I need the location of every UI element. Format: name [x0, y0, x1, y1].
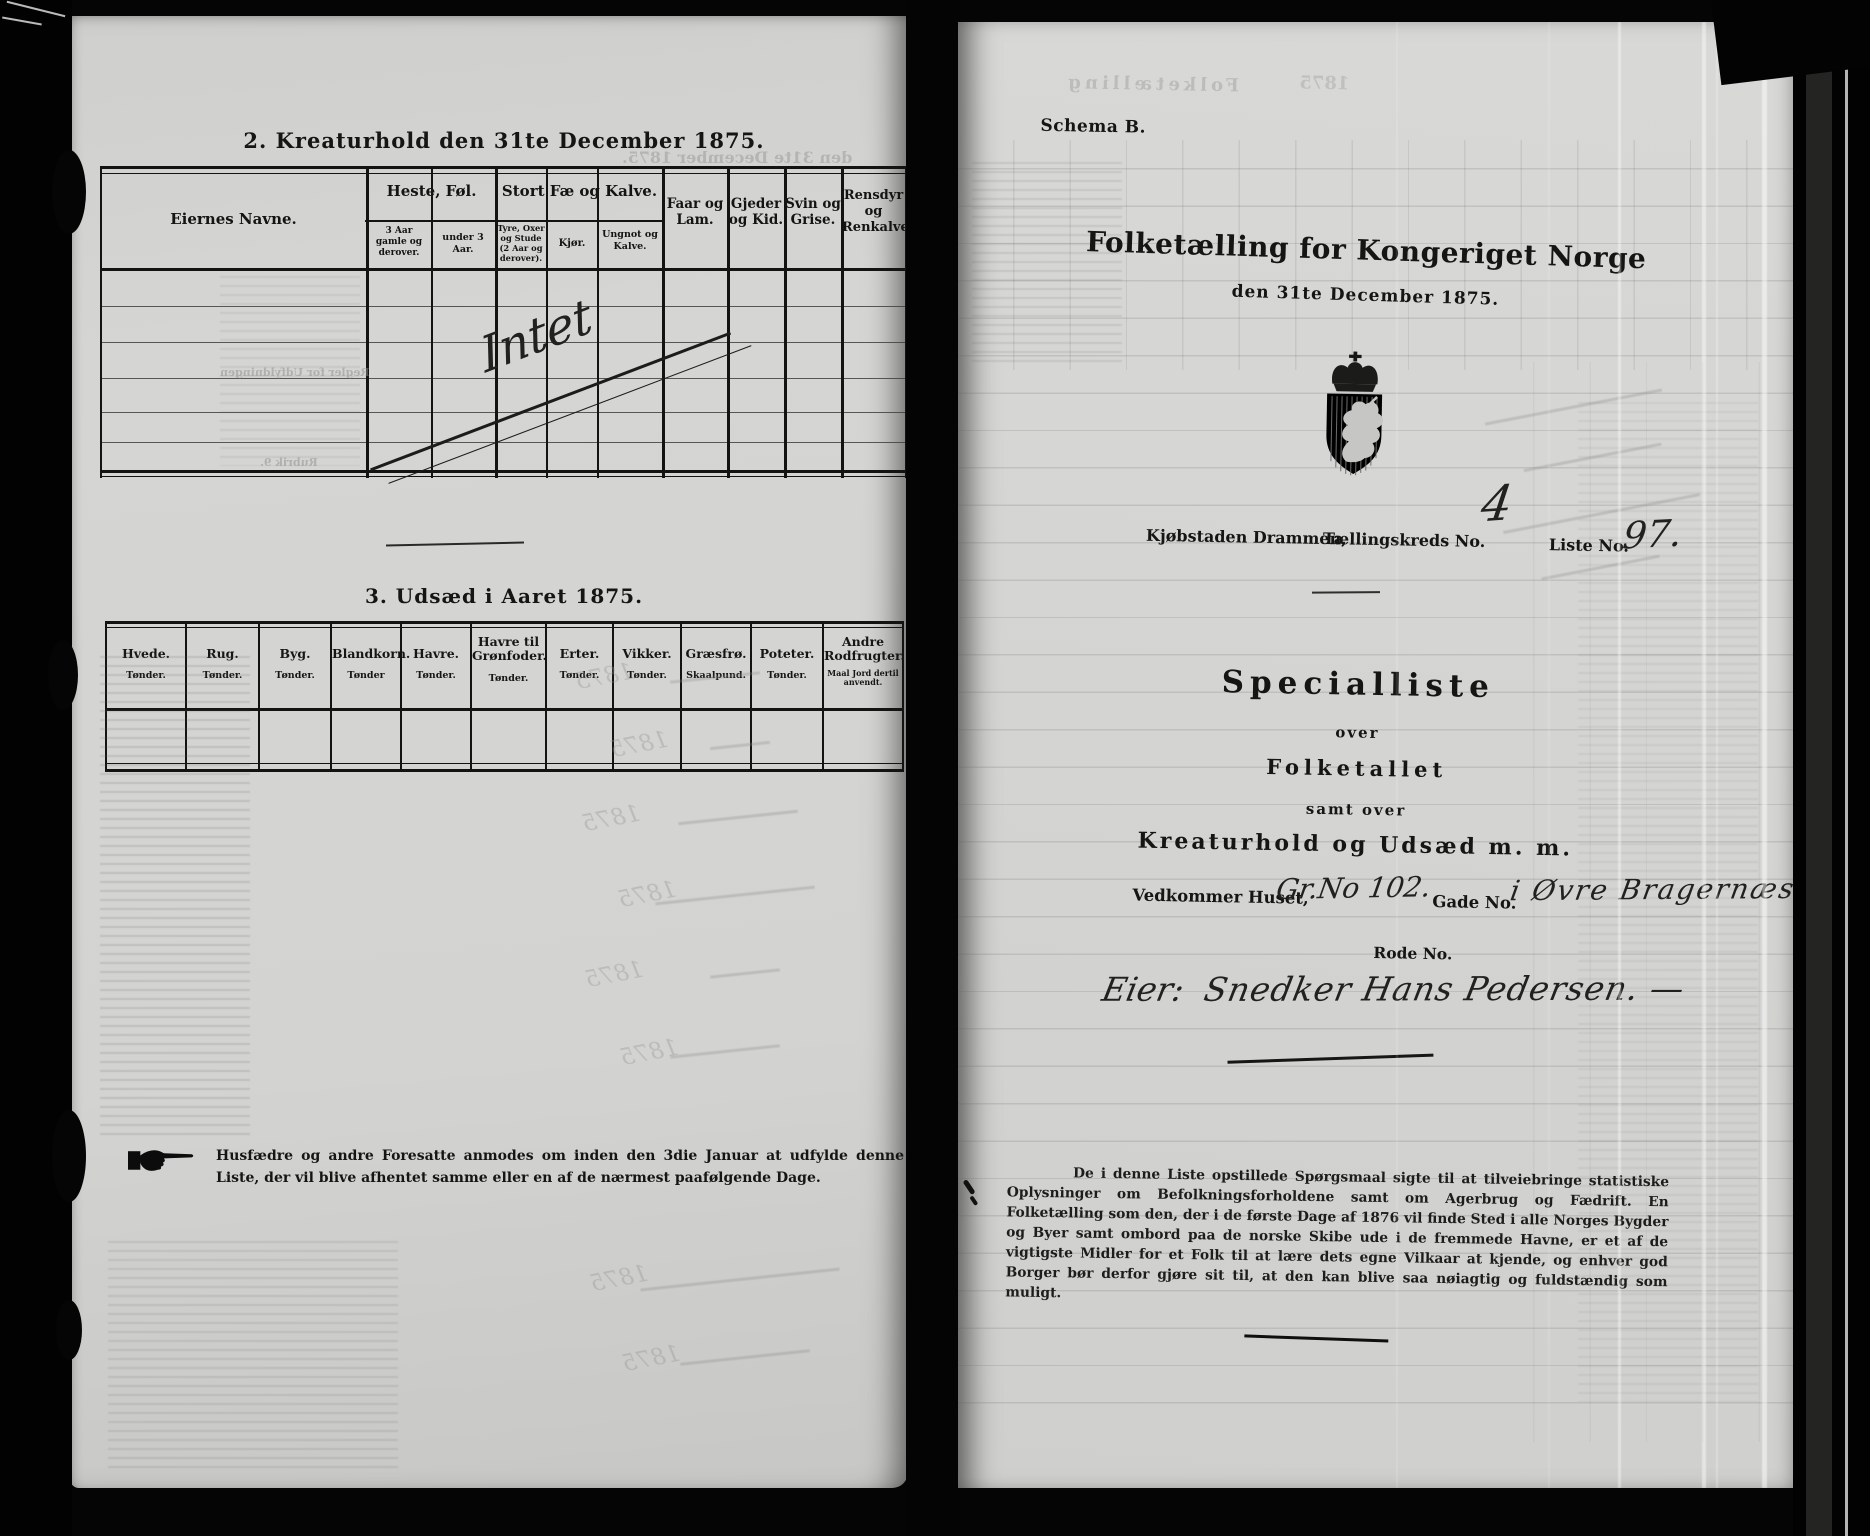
seed-col-graesfro: Græsfrø. Skaalpund.	[680, 621, 750, 772]
municipality-label: Kjøbstaden Drammen,	[1146, 526, 1347, 549]
sheep-column-header: Faar og Lam.	[663, 196, 727, 229]
scan-streak	[1716, 22, 1718, 1488]
bleedthrough-year-fragment: 1875	[1299, 72, 1349, 94]
bleedthrough-stroke	[1524, 443, 1662, 472]
scan-streak	[1548, 22, 1550, 1488]
cattle-cows-header: Kjør.	[547, 238, 597, 250]
bleedthrough-rubrik-fragment: Rubrik 9.	[260, 456, 318, 469]
handwritten-owner-label: Eier:	[1099, 970, 1188, 1009]
scan-streak	[1396, 22, 1398, 1488]
handwritten-house-number: Gr.No 102.	[1274, 870, 1433, 906]
handwritten-district-number: 4	[1478, 475, 1516, 534]
seed-col-havre: Havre. Tønder.	[400, 621, 470, 772]
page-edge-highlight	[1845, 0, 1848, 1536]
right-page: Folketælling 1875 Schema B. Folketælling…	[958, 22, 1795, 1488]
left-page: den 31te December 1875. 2. Kreaturhold d…	[70, 16, 908, 1488]
seed-col-byg: Byg. Tønder.	[258, 621, 330, 772]
col-label: Havre.	[402, 647, 470, 661]
seed-col-blandkorn: Blandkorn. Tønder	[330, 621, 400, 772]
footer-note: Husfædre og andre Foresatte anmodes om i…	[216, 1146, 904, 1189]
bleedthrough-lines	[100, 656, 250, 1136]
horses-under3-header: under 3 Aar.	[432, 232, 494, 255]
fraction-line	[1312, 591, 1380, 593]
bleedthrough-stroke	[1485, 388, 1662, 425]
col-label: Blandkorn.	[332, 647, 400, 661]
table-col-line	[431, 166, 433, 478]
seed-col-havre-gronfoder: Havre til Grønfoder. Tønder.	[470, 621, 545, 772]
table-rule	[365, 220, 665, 222]
manicule-icon	[128, 1146, 164, 1176]
norwegian-lion-crest-icon	[1314, 351, 1394, 482]
bleedthrough-stroke	[655, 886, 814, 905]
bleedthrough-stroke	[680, 1349, 810, 1365]
col-label: Erter.	[547, 647, 612, 661]
seed-col-poteter: Poteter. Tønder.	[750, 621, 822, 772]
bleedthrough-stroke	[670, 1044, 780, 1058]
bleedthrough-year: 1875	[580, 801, 642, 838]
col-label: Poteter.	[752, 647, 822, 661]
goats-column-header: Gjeder og Kid.	[728, 196, 784, 229]
cattle-young-header: Ungnot og Kalve.	[598, 229, 662, 252]
col-label: Andre Rodfrugter.	[824, 635, 902, 664]
col-unit: Tønder.	[472, 673, 545, 684]
bleedthrough-year: 1875	[588, 1261, 650, 1298]
table-rule	[105, 627, 904, 628]
district-number-label: Tællingskreds No.	[1323, 529, 1486, 551]
scan-streak	[1702, 22, 1706, 1488]
seed-col-rodfrugter: Andre Rodfrugter. Maal Jord dertil anven…	[822, 621, 904, 772]
scan-streak	[1618, 22, 1621, 1488]
cattle-group-header: Stort Fæ og Kalve.	[496, 182, 663, 200]
col-unit: Tønder.	[752, 670, 822, 681]
table-col-line	[597, 166, 599, 478]
heading-samt-over: samt over	[1056, 795, 1656, 824]
bleedthrough-stroke	[678, 810, 798, 825]
ink-mark	[963, 1179, 976, 1195]
bleedthrough-year: 1875	[583, 957, 645, 994]
seed-col-erter: Erter. Tønder.	[545, 621, 612, 772]
page-stack-edge	[1806, 0, 1832, 1536]
horses-group-header: Heste, Føl.	[367, 182, 496, 200]
bleedthrough-year: 1875	[620, 1341, 682, 1378]
col-label: Græsfrø.	[682, 647, 750, 661]
col-label: Havre til Grønfoder.	[472, 635, 545, 664]
col-unit: Tønder.	[260, 670, 330, 681]
handwritten-list-number: 97.	[1620, 511, 1684, 557]
right-page-content: Folketælling 1875 Schema B. Folketælling…	[958, 22, 1795, 1488]
col-unit: Tønder.	[402, 670, 470, 681]
edge-blob	[52, 1110, 86, 1202]
heading-population: Folketallet	[1057, 750, 1657, 786]
handwritten-owner-name: Snedker Hans Pedersen. —	[1201, 969, 1688, 1009]
street-number-label: Gade No.	[1432, 892, 1516, 913]
pigs-column-header: Svin og Grise.	[785, 196, 841, 229]
bleedthrough-stroke	[710, 968, 780, 978]
rode-number-label: Rode No.	[1373, 943, 1452, 963]
section-divider-dash	[386, 542, 524, 547]
col-unit: Tønder	[332, 670, 400, 681]
info-paragraph: De i denne Liste opstillede Spørgsmaal s…	[1005, 1162, 1669, 1312]
bleedthrough-lines	[108, 1241, 398, 1471]
reindeer-column-header: Rensdyr og Renkalve.	[842, 188, 905, 236]
ink-mark	[969, 1195, 978, 1206]
bleedthrough-stroke	[640, 1268, 839, 1291]
bleedthrough-stroke	[1541, 555, 1659, 580]
book-gutter	[906, 0, 960, 1536]
heading-over: over	[1057, 718, 1657, 747]
col-label: Byg.	[260, 647, 330, 661]
seed-table-title: 3. Udsæd i Aaret 1875.	[304, 584, 704, 608]
handwritten-street-value: i Øvre Bragernæs	[1508, 872, 1795, 907]
speciallist-heading: Specialliste	[1058, 661, 1659, 708]
col-unit: Maal Jord dertil anvendt.	[824, 669, 902, 688]
heading-livestock-seed: Kreaturhold og Udsæd m. m.	[1055, 826, 1655, 863]
edge-blob	[52, 150, 86, 234]
edge-blob	[48, 640, 78, 710]
scanned-census-spread: den 31te December 1875. 2. Kreaturhold d…	[0, 0, 1870, 1536]
bleedthrough-rules-fragment: Regler for Udfyldningen	[220, 366, 369, 379]
bleedthrough-title-fragment: Folketælling	[1064, 72, 1239, 96]
table-rule	[105, 621, 904, 624]
owner-name-column-header: Eiernes Navne.	[100, 210, 367, 228]
owner-underline	[1227, 1054, 1433, 1064]
horses-over3-header: 3 Aar gamle og derover.	[369, 226, 429, 259]
scan-streak	[1762, 22, 1767, 1488]
schema-label: Schema B.	[1040, 116, 1146, 138]
edge-blob	[56, 1300, 82, 1360]
closing-rule	[1244, 1334, 1388, 1343]
bleedthrough-year: 1875	[618, 1035, 680, 1072]
livestock-table-title: 2. Kreaturhold den 31te December 1875.	[204, 128, 804, 153]
cattle-bulls-header: Tyre, Oxer og Stude (2 Aar og derover).	[497, 223, 545, 263]
bleedthrough-year: 1875	[616, 877, 678, 914]
